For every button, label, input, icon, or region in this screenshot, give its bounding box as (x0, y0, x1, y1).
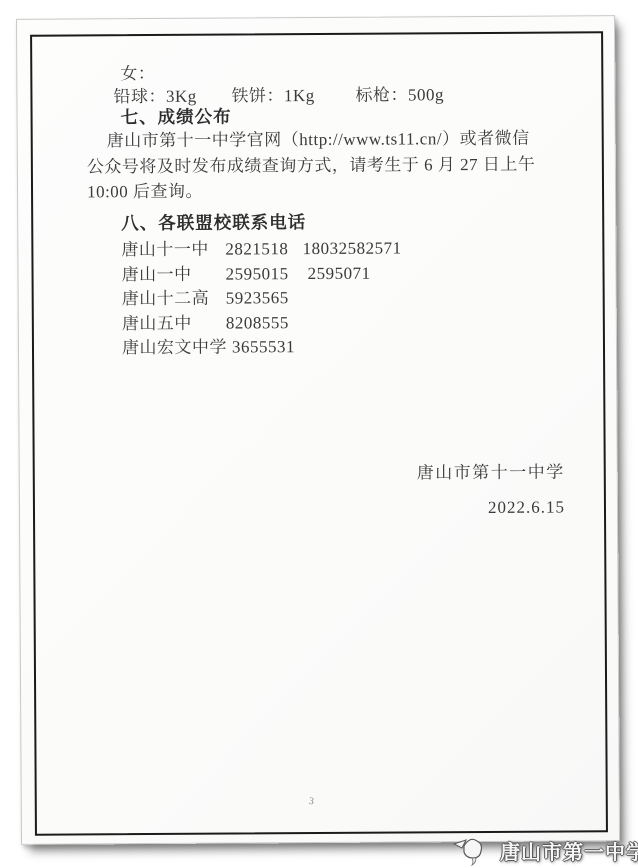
contact-row: 唐山五中 8208555 (122, 310, 402, 336)
paragraph-line: 10:00 后查询。 (87, 177, 555, 205)
gender-label: 女： (120, 63, 155, 85)
school-name: 唐山一中 (121, 262, 220, 287)
school-name: 唐山宏文中学 (122, 336, 227, 361)
results-paragraph: 唐山市第十一中学官网（http://www.ts11.cn/）或者微信 公众号将… (87, 126, 555, 205)
section-heading-contacts: 八、各联盟校联系电话 (121, 211, 306, 234)
signature-date: 2022.6.15 (488, 496, 565, 518)
contact-row: 唐山一中 2595015 2595071 (121, 261, 401, 287)
phone-numbers: 8208555 (226, 311, 289, 336)
school-name: 唐山十一中 (121, 238, 220, 263)
footer-watermark: 唐山市第一中学 (450, 833, 638, 867)
paragraph-line: 公众号将及时发布成绩查询方式，请考生于 6 月 27 日上午 (87, 151, 555, 179)
section-heading-results: 七、成绩公布 (121, 106, 232, 129)
contact-list: 唐山十一中 2821518 18032582571 唐山一中 2595015 2… (121, 236, 402, 361)
school-name: 唐山十二高 (122, 287, 221, 312)
phone-numbers: 3655531 (232, 336, 295, 361)
equipment-row: 铅球：3Kg 铁饼：1Kg 标枪：500g (113, 84, 444, 108)
paragraph-line: 唐山市第十一中学官网（http://www.ts11.cn/）或者微信 (87, 126, 555, 154)
phone-numbers: 2595015 2595071 (225, 261, 370, 286)
contact-row: 唐山十二高 5923565 (122, 286, 402, 312)
school-logo-icon (450, 834, 498, 866)
contact-row: 唐山宏文中学 3655531 (122, 335, 402, 361)
signature-school: 唐山市第十一中学 (417, 461, 565, 484)
phone-numbers: 2821518 18032582571 (225, 236, 401, 262)
scan-background: { "document": { "category_label": "女：", … (0, 0, 638, 868)
contact-row: 唐山十一中 2821518 18032582571 (121, 236, 401, 262)
watermark-text: 唐山市第一中学 (500, 836, 638, 865)
school-name: 唐山五中 (122, 311, 221, 336)
document-page: 女： 铅球：3Kg 铁饼：1Kg 标枪：500g 七、成绩公布 唐山市第十一中学… (16, 15, 620, 845)
equipment-item-discus: 铁饼：1Kg (231, 85, 355, 108)
phone-numbers: 5923565 (226, 286, 289, 311)
equipment-item-javelin: 标枪：500g (355, 84, 444, 107)
